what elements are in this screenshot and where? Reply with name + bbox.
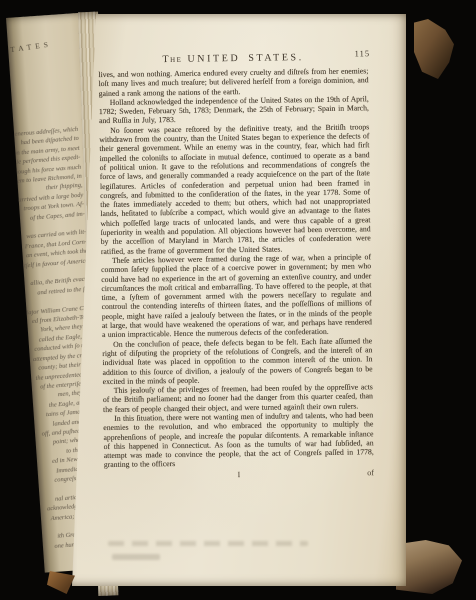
ink-bleedthrough [108, 541, 308, 546]
paragraph: This jealouſy of the privileges of freem… [103, 382, 373, 414]
left-page-running-title-fragment: TATES [10, 39, 53, 54]
paragraph: lives, and won nothing. America endured … [98, 66, 368, 98]
paragraph: No ſooner was peace reſtored by the defi… [99, 122, 371, 256]
running-title: UNITED STATES. [187, 52, 304, 65]
page-text-block: TheUNITED STATES. 115 lives, and won not… [98, 46, 374, 482]
page-body: lives, and won nothing. America endured … [98, 66, 374, 469]
running-title-prefix: The [162, 54, 182, 65]
paragraph: Theſe articles however were framed durin… [101, 252, 372, 339]
fore-edge-page-stack [402, 14, 448, 592]
page-header: TheUNITED STATES. 115 [98, 46, 368, 64]
ink-bleedthrough [112, 554, 160, 560]
book-page: TheUNITED STATES. 115 lives, and won not… [72, 14, 406, 586]
paragraph: In this ſituation, there were not wantin… [103, 410, 374, 470]
signature-row: I of [104, 468, 374, 483]
page-number: 115 [355, 48, 371, 58]
paragraph: On the concluſion of peace, theſe defect… [102, 336, 373, 386]
book-photo: TATES d generous addreſſes, whichhad bee… [0, 0, 476, 600]
catchword: of [367, 468, 374, 477]
signature-mark: I [238, 470, 241, 479]
bottom-left-page-corner [47, 571, 75, 594]
paragraph: Holland acknowledged the independence of… [99, 94, 369, 126]
